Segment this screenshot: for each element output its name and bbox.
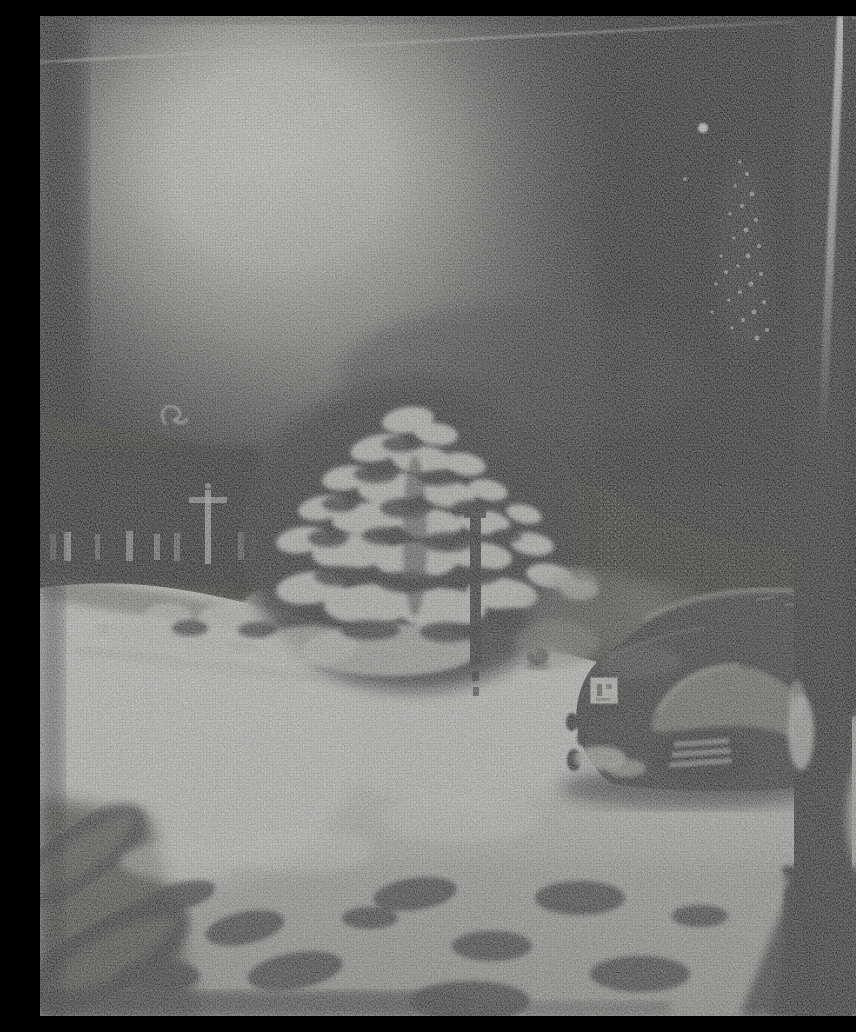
license-plate — [588, 677, 620, 718]
photo-canvas — [40, 16, 856, 1016]
newspaper-photo — [40, 16, 856, 1016]
chrome-trim — [667, 738, 732, 768]
